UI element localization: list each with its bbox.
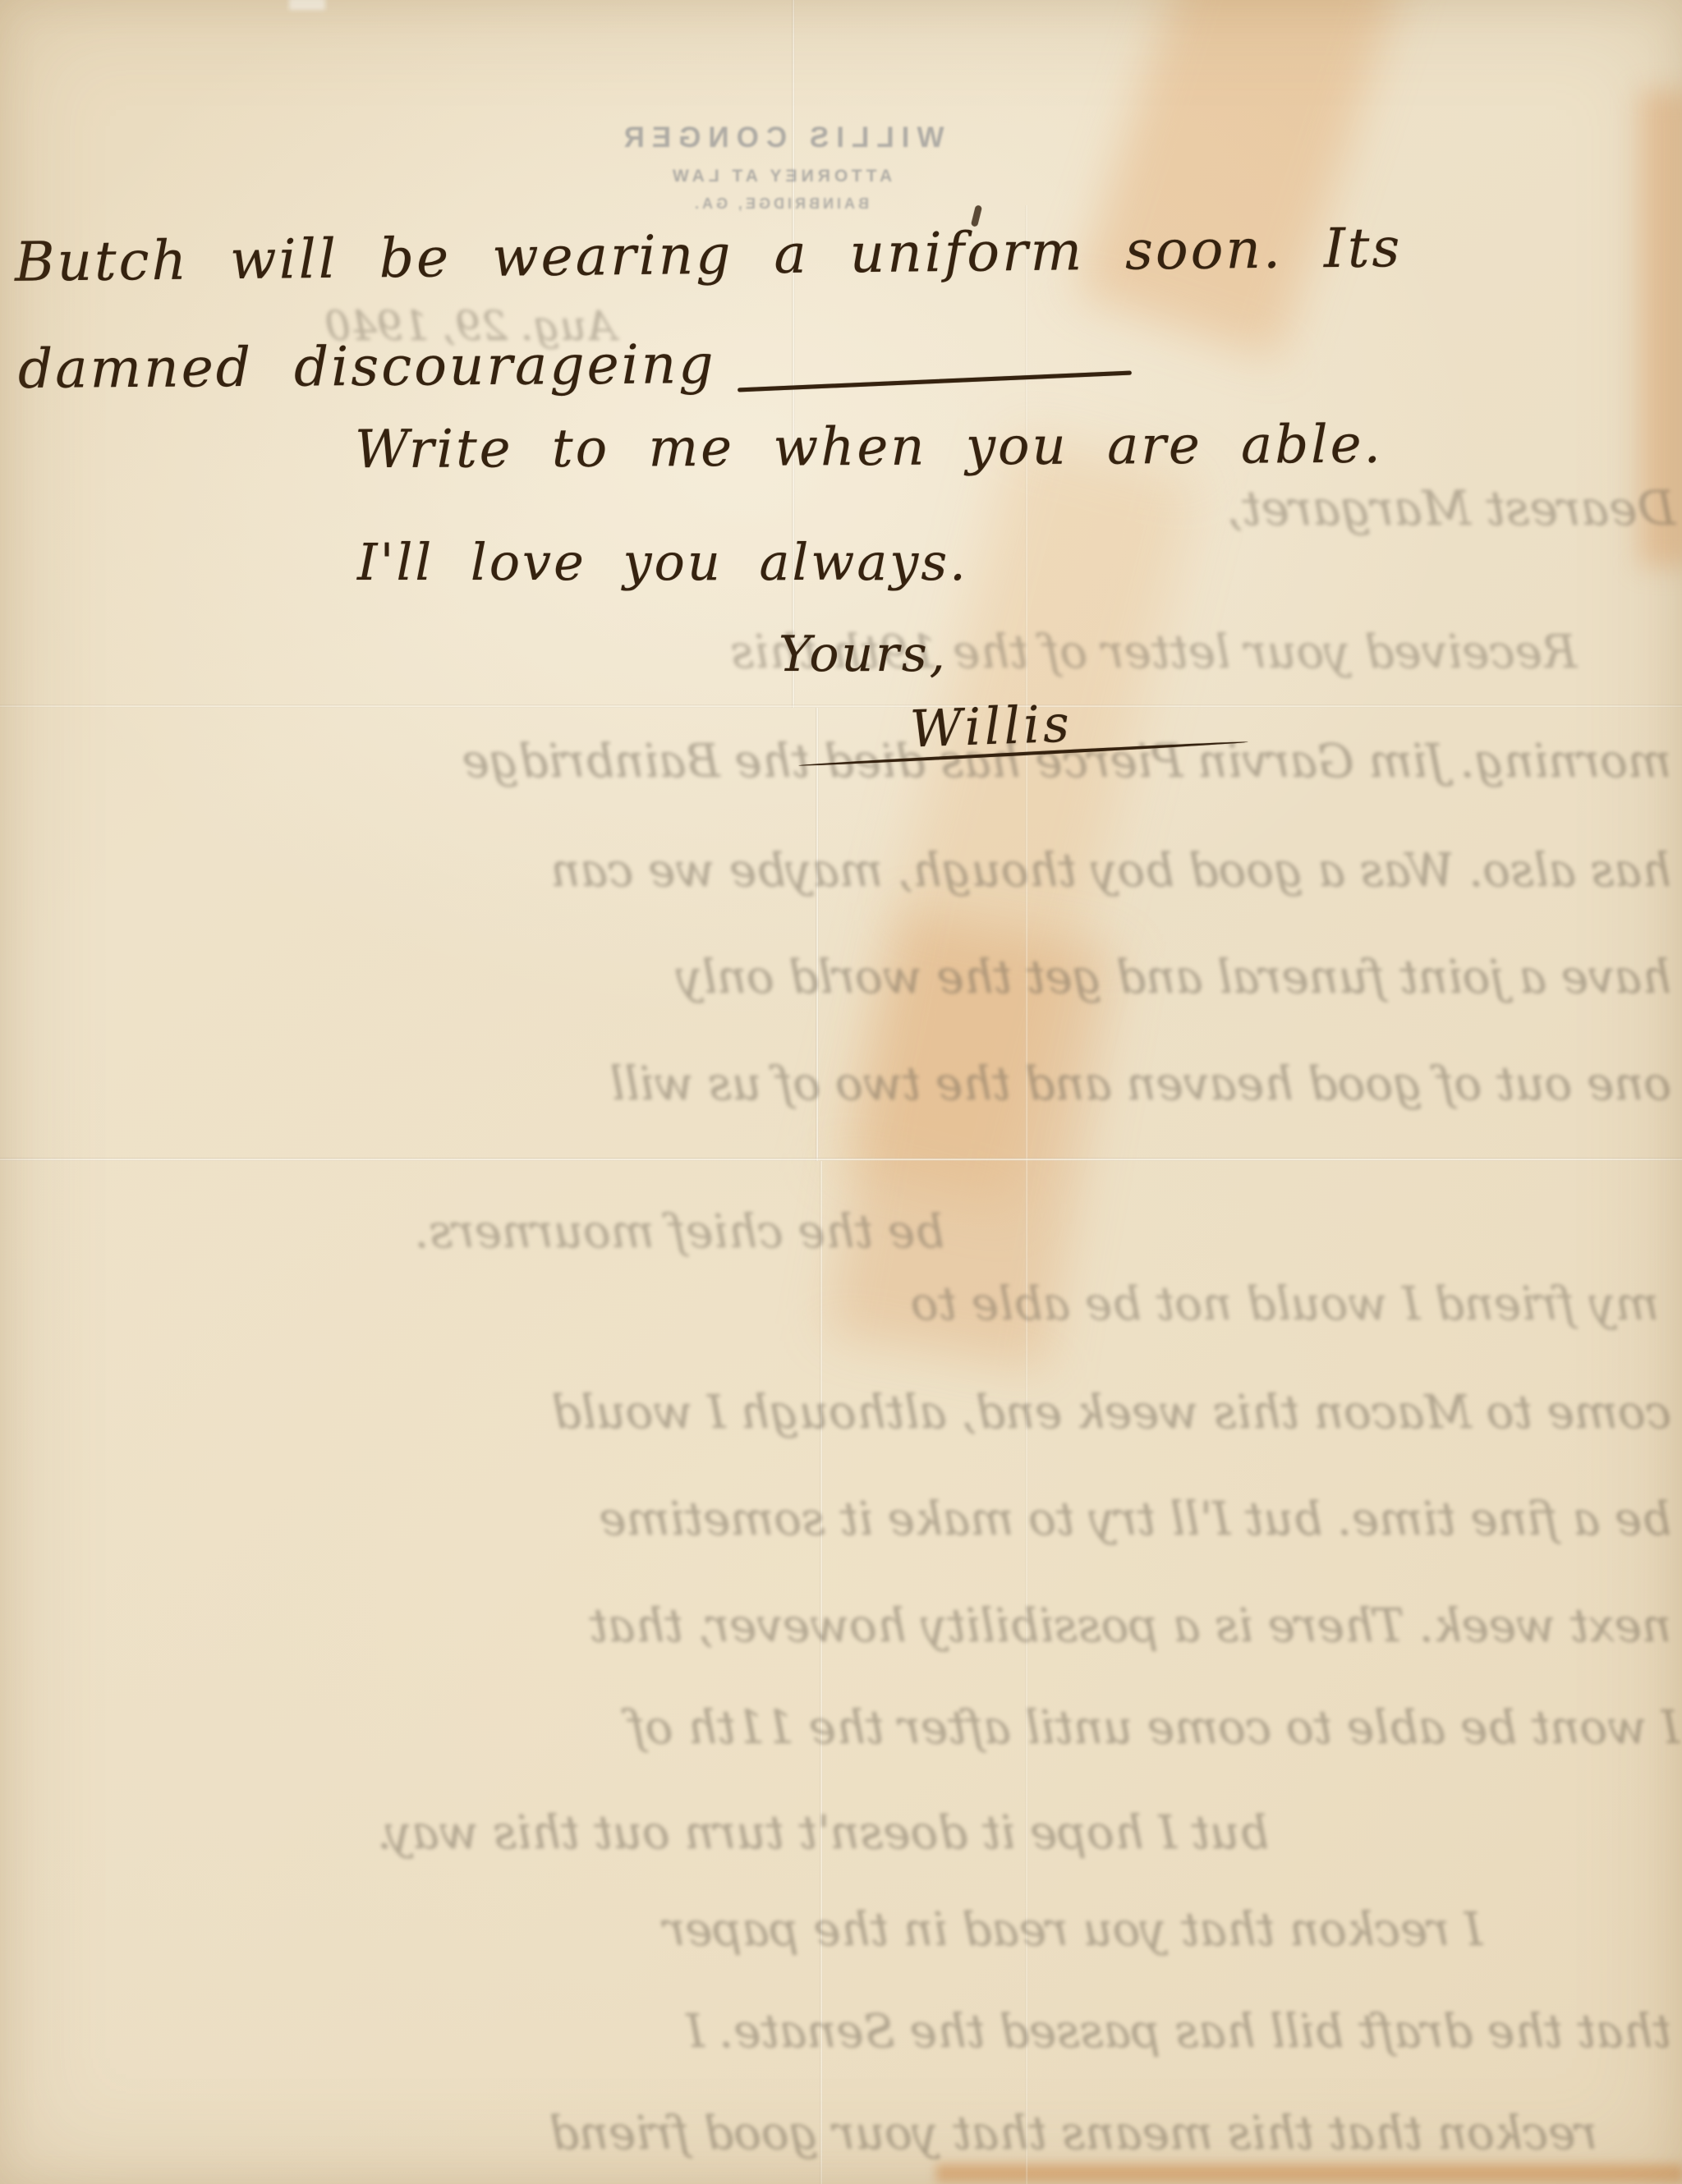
ghost-line: my friend I would not be able to xyxy=(567,1278,1659,1331)
letter-closing: Yours, xyxy=(779,626,948,683)
stain-bottom-edge xyxy=(936,2164,1682,2182)
ghost-line-salutation: Dearest Margaret, xyxy=(1043,480,1675,536)
fold-crease-vertical-upper xyxy=(792,0,795,708)
ghost-line: come to Macon this week end, although I … xyxy=(37,1386,1671,1439)
ghost-line: be the chief mourners. xyxy=(238,1205,944,1259)
stain-top-right-streak xyxy=(1075,0,1405,360)
letter-page: WILLIS CONGER ATTORNEY AT LAW BAINBRIDGE… xyxy=(0,0,1682,2184)
letterhead-title: ATTORNEY AT LAW xyxy=(526,167,1035,186)
signature: Willis xyxy=(909,694,1073,759)
handwritten-dash xyxy=(738,371,1132,392)
letter-line-2: damned discourageing xyxy=(18,333,716,401)
ghost-line: Received your letter of the 19th this xyxy=(460,626,1577,679)
ghost-line: I wont be able to come until after the 1… xyxy=(37,1701,1680,1755)
ghost-line: I reckon that you read in the paper xyxy=(234,1903,1482,1957)
ghost-line: but I hope it doesn't turn out this way. xyxy=(37,1806,1269,1860)
letterhead: WILLIS CONGER ATTORNEY AT LAW BAINBRIDGE… xyxy=(526,122,1035,213)
paper-notch-top-edge xyxy=(289,0,325,10)
ghost-line: next week. There is a possibility howeve… xyxy=(37,1599,1671,1653)
fold-crease-vertical-right xyxy=(1025,205,1028,2184)
letter-line-4: I'll love you always. xyxy=(357,532,968,592)
fold-crease-horizontal-middle xyxy=(0,1158,1682,1161)
ghost-line: reckon that this means that your good fr… xyxy=(37,2107,1597,2160)
letter-line-3: Write to me when you are able. xyxy=(355,415,1383,481)
fold-crease-horizontal-upper xyxy=(0,704,1682,708)
ghost-line: one out of good heaven and the two of us… xyxy=(37,1058,1671,1111)
ghost-line: that the draft bill has passed the Senat… xyxy=(37,2005,1671,2058)
letter-line-1: Butch will be wearing a uniform soon. It… xyxy=(15,216,1403,294)
letterhead-city: BAINBRIDGE, GA. xyxy=(526,195,1035,213)
ghost-line: has also. Was a good boy though, maybe w… xyxy=(37,844,1671,897)
letterhead-name: WILLIS CONGER xyxy=(526,122,1035,154)
ghost-line: have a joint funeral and get the world o… xyxy=(37,951,1671,1004)
ghost-line: be a fine time. but I'll try to make it … xyxy=(37,1493,1671,1546)
